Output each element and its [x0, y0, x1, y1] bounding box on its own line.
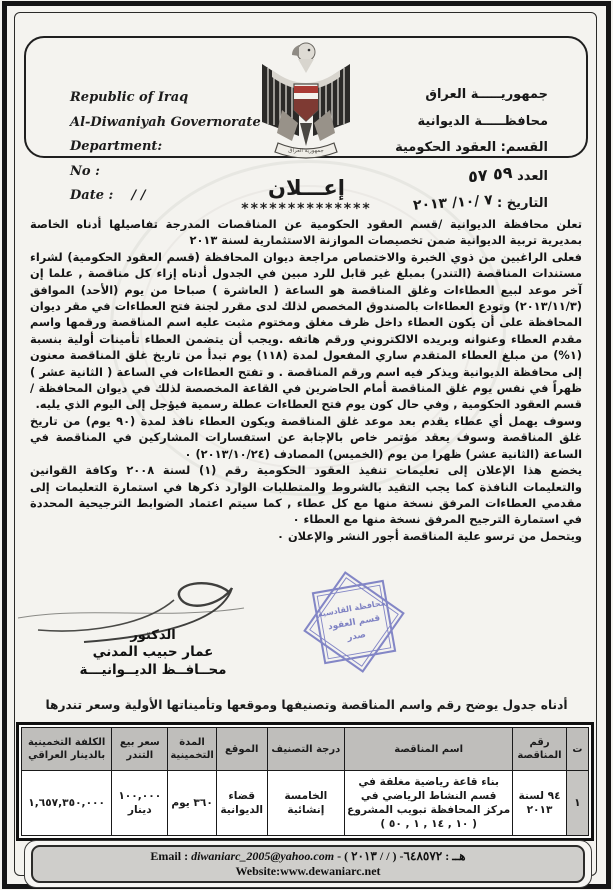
header-estimated-cost: الكلفة التخمينية بالدينار العراقي: [22, 728, 112, 771]
governorate-ar: محافظـــــة الديوانية: [395, 109, 548, 136]
table-row: ١ ٩٤ لسنة ٢٠١٣ بناء قاعة رياضية مغلقة في…: [22, 771, 589, 836]
header-classification: درجة التصنيف: [267, 728, 344, 771]
signatory-position: محــافــظ الديــوانيـــة: [58, 662, 248, 678]
paragraph-regulations: يخضع هذا الإعلان إلى تعليمات تنفيذ العقو…: [30, 462, 582, 528]
header-location: الموقع: [216, 728, 267, 771]
email-address: diwaniarc_2005@yahoo.com: [191, 849, 334, 863]
announcement-title: إعـــلان: [0, 176, 613, 200]
email-label: Email :: [150, 849, 188, 863]
paragraph-validity-conference: وسوف يهمل أي عطاء يقدم بعد موعد غلق المن…: [30, 413, 582, 462]
cell-tender-name: بناء قاعة رياضية مغلقة في قسم النشاط الر…: [345, 771, 513, 836]
cell-estimated-cost: ١,٦٥٧,٣٥٠,٠٠٠: [22, 771, 112, 836]
cell-location: قضاء الديوانية: [216, 771, 267, 836]
country-en: Republic of Iraq: [70, 86, 261, 111]
paragraph-instructions: فعلى الراغبين من ذوي الخبرة والاختصاص مر…: [30, 249, 582, 413]
paragraph-fees: ويتحمل من ترسو علية المناقصة أجور النشر …: [30, 528, 582, 544]
phone-number: هــ : ٦٤٨٥٧٢- ( / / ٢٠١٣ ) -: [337, 849, 465, 863]
signatory-honorific: الدكتور: [58, 628, 248, 643]
cell-classification: الخامسة إنشائية: [267, 771, 344, 836]
cell-tender-number: ٩٤ لسنة ٢٠١٣: [513, 771, 567, 836]
stamp-department-text: قسم العقود: [327, 613, 381, 632]
stamp-issued-text: صدر: [345, 630, 366, 643]
announcement-body: تعلن محافظة الديوانية /قسم العقود الحكوم…: [30, 216, 582, 544]
signature-block: الدكتور عمار حبيب المدني محــافــظ الديـ…: [58, 628, 248, 678]
header-duration: المدة التخمينية: [168, 728, 217, 771]
paragraph-intro: تعلن محافظة الديوانية /قسم العقود الحكوم…: [30, 216, 582, 249]
footer-phone-email-line: هــ : ٦٤٨٥٧٢- ( / / ٢٠١٣ ) - Email : diw…: [33, 849, 583, 864]
cell-duration: ٣٦٠ يوم: [168, 771, 217, 836]
header-tender-name: اسم المناقصة: [345, 728, 513, 771]
department-ar: القسم: العقود الحكومية: [395, 135, 548, 162]
governorate-en: Al-Diwaniyah Governorate: [70, 111, 261, 136]
announcement-stars: **************: [0, 201, 613, 217]
iraq-eagle-emblem-icon: جمهورية العراق: [258, 38, 354, 164]
table-caption: أدناه جدول يوضح رقم واسم المناقصة وتصنيف…: [0, 698, 613, 712]
cell-seq: ١: [566, 771, 588, 836]
footer-frame: هــ : ٦٤٨٥٧٢- ( / / ٢٠١٣ ) - Email : diw…: [24, 840, 592, 888]
website-address: Website:www.dewaniarc.net: [33, 864, 583, 879]
contact-footer: هــ : ٦٤٨٥٧٢- ( / / ٢٠١٣ ) - Email : diw…: [31, 845, 585, 883]
emblem-banner-text: جمهورية العراق: [288, 148, 324, 154]
table-header-row: ت رقم المناقصة اسم المناقصة درجة التصنيف…: [22, 728, 589, 771]
scanned-tender-announcement: Republic of Iraq Al-Diwaniyah Governorat…: [0, 0, 613, 890]
tender-table: ت رقم المناقصة اسم المناقصة درجة التصنيف…: [16, 722, 594, 841]
country-ar: جمهوريـــــة العراق: [395, 82, 548, 109]
signatory-name: عمار حبيب المدني: [58, 644, 248, 660]
header-tender-price: سعر بيع التندر: [112, 728, 168, 771]
header-seq: ت: [566, 728, 588, 771]
header-tender-number: رقم المناقصة: [513, 728, 567, 771]
cell-tender-price: ١٠٠,٠٠٠ دينار: [112, 771, 168, 836]
email-line: Email : diwaniarc_2005@yahoo.com: [150, 849, 334, 863]
department-label-en: Department:: [70, 135, 261, 160]
